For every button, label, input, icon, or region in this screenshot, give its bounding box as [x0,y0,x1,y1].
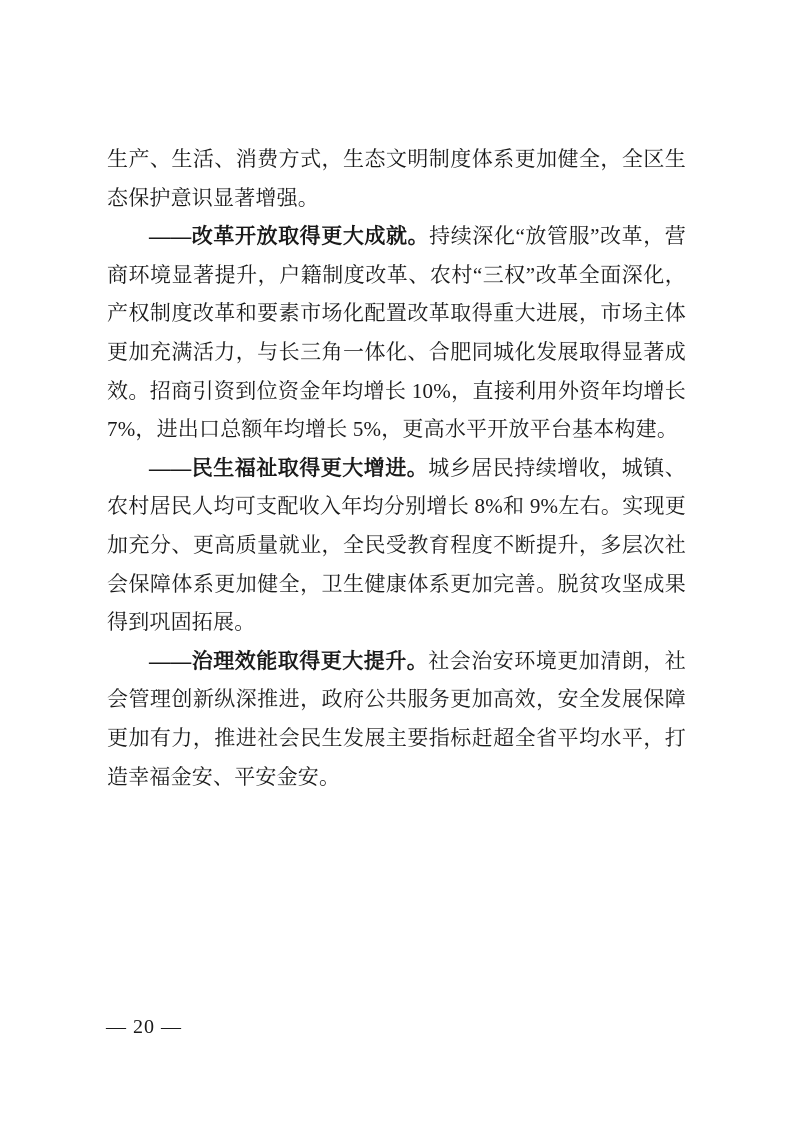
paragraph: ——改革开放取得更大成就。持续深化“放管服”改革，营商环境显著提升，户籍制度改革… [107,217,686,449]
paragraph: ——民生福祉取得更大增进。城乡居民持续增收，城镇、农村居民人均可支配收入年均分别… [107,449,686,642]
text-run: 生产、生活、消费方式，生态文明制度体系更加健全，全区生态保护意识显著增强。 [107,147,686,210]
document-body: 生产、生活、消费方式，生态文明制度体系更加健全，全区生态保护意识显著增强。——改… [107,140,686,796]
heading-run: ——民生福祉取得更大增进。 [149,456,428,480]
document-page: 生产、生活、消费方式，生态文明制度体系更加健全，全区生态保护意识显著增强。——改… [0,0,793,1122]
heading-run: ——改革开放取得更大成就。 [149,224,429,248]
text-run: 持续深化“放管服”改革，营商环境显著提升，户籍制度改革、农村“三权”改革全面深化… [107,224,686,441]
paragraph: ——治理效能取得更大提升。社会治安环境更加清朗，社会管理创新纵深推进，政府公共服… [107,642,686,796]
text-run: 城乡居民持续增收，城镇、农村居民人均可支配收入年均分别增长 8%和 9%左右。实… [107,456,686,634]
heading-run: ——治理效能取得更大提升。 [149,649,428,673]
page-number: — 20 — [106,1012,182,1042]
paragraph: 生产、生活、消费方式，生态文明制度体系更加健全，全区生态保护意识显著增强。 [107,140,686,217]
